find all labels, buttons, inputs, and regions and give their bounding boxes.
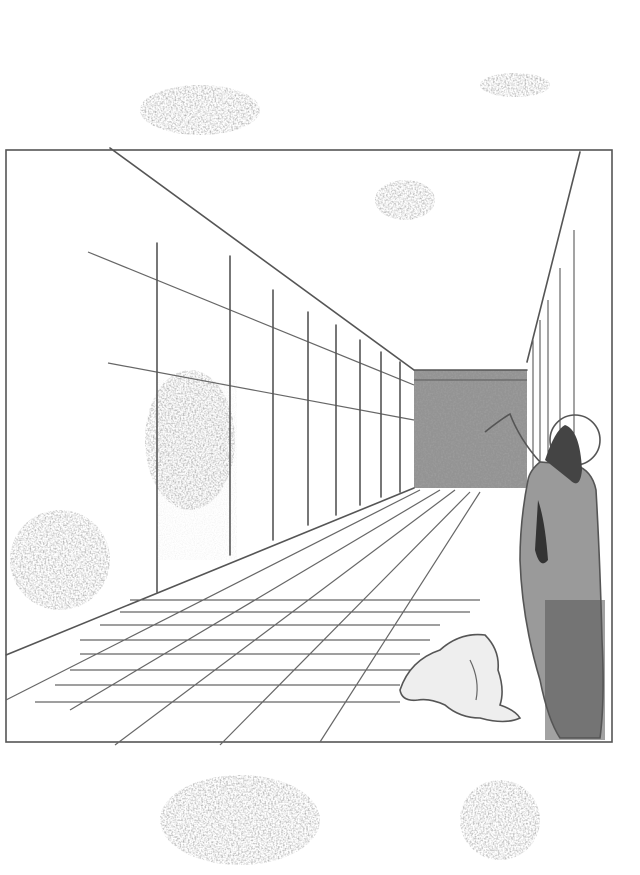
back-wall [414,370,527,488]
perspective-sketch [0,0,640,875]
